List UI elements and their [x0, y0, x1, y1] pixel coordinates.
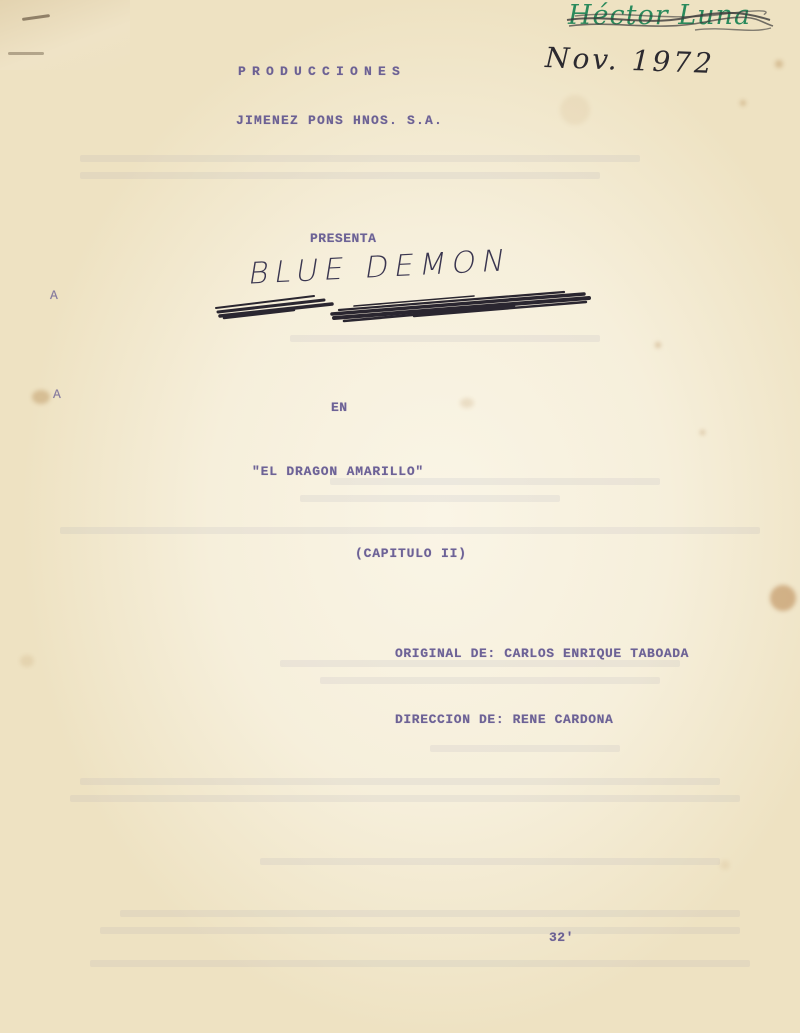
bleed-through-line [70, 795, 740, 802]
bleed-through-line [90, 960, 750, 967]
stain [720, 860, 730, 870]
bleed-through-line [80, 778, 720, 785]
stain [20, 655, 34, 667]
stain [32, 390, 50, 404]
bleed-through-line [120, 910, 740, 917]
bleed-through-line [330, 478, 660, 485]
paper-page: Héctor Luna Nov. 1972 PRODUCCIONES JIMEN… [0, 0, 800, 1033]
en-label: EN [331, 400, 348, 415]
margin-mark: A [50, 288, 58, 303]
bleed-through-line [280, 660, 680, 667]
bleed-through-line [80, 172, 600, 179]
scribbled-out-text [214, 286, 594, 322]
stain [560, 95, 590, 125]
original-credit: ORIGINAL DE: CARLOS ENRIQUE TABOADA [395, 646, 689, 661]
bleed-through-line [60, 527, 760, 534]
presents-label: PRESENTA [310, 231, 376, 246]
stain [770, 585, 796, 611]
company-line-2: JIMENEZ PONS HNOS. S.A. [236, 113, 443, 128]
bleed-through-line [320, 677, 660, 684]
chapter-label: (CAPITULO II) [355, 546, 467, 561]
bleed-through-line [430, 745, 620, 752]
bleed-through-line [80, 155, 640, 162]
bleed-through-line [300, 495, 560, 502]
handwritten-date: Nov. 1972 [544, 41, 715, 80]
stain [460, 398, 474, 408]
page-number: 32' [549, 930, 574, 945]
bleed-through-line [290, 335, 600, 342]
stain [740, 100, 746, 106]
bleed-through-line [260, 858, 720, 865]
company-line-1: PRODUCCIONES [238, 64, 406, 79]
film-title: "EL DRAGON AMARILLO" [252, 464, 424, 479]
stain [700, 430, 705, 435]
margin-mark: A [53, 387, 61, 402]
direction-credit: DIRECCION DE: RENE CARDONA [395, 712, 613, 727]
stain [655, 342, 661, 348]
torn-edge-mark [8, 52, 44, 55]
strike-through-scribble [565, 6, 775, 36]
folded-corner [0, 0, 130, 70]
handwritten-title: BLUE DEMON [246, 243, 513, 292]
bleed-through-line [100, 927, 740, 934]
stain [775, 60, 783, 68]
